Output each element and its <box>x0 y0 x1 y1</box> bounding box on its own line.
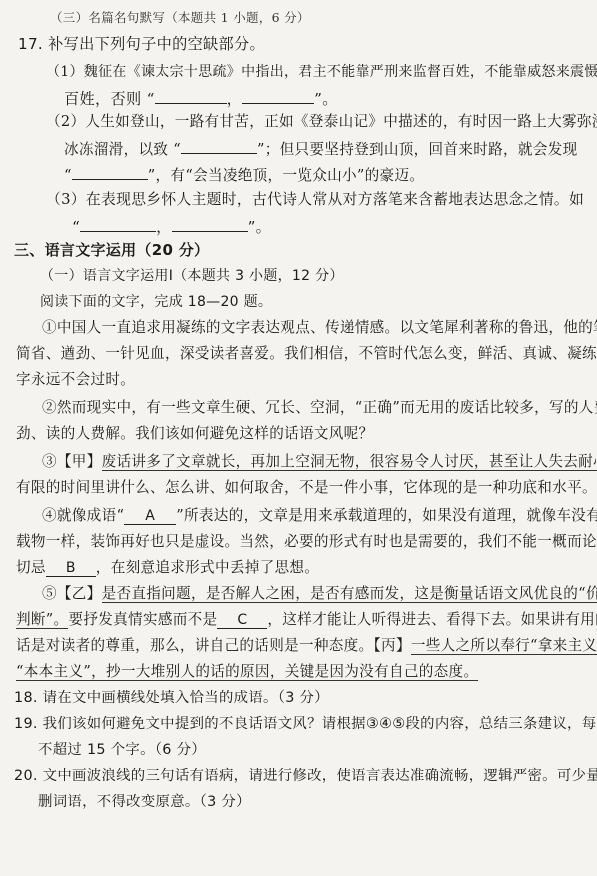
q17-part1-line1: （1）魏征在《谏太宗十思疏》中指出，君主不能靠严刑来监督百姓，不能靠威怒来震慑 <box>46 62 597 82</box>
question-19-line1: 19. 我们该如何避免文中提到的不良话语文风？请根据③④⑤段的内容，总结三条建议… <box>14 714 597 734</box>
passage-1-para3-line1: ③【甲】废话讲多了文章就长，再加上空洞无物，很容易令人讨厌，甚至让人失去耐心。 <box>42 452 597 472</box>
question-19-line2: 不超过 15 个字。（6 分） <box>38 740 206 760</box>
q17-part3-line1: （3）在表现思乡怀人主题时，古代诗人常从对方落笔来含蓄地表达思念之情。如 <box>46 190 584 210</box>
passage-1-para4-line3: 切忌B，在刻意追求形式中丢掉了思想。 <box>16 558 319 578</box>
section-3-title: 三、语言文字运用（20 分） <box>14 240 209 260</box>
underlined-sentence-yi-end: 判断”。 <box>16 611 68 629</box>
passage-1-para2-line2: 劲、读的人费解。我们该如何避免这样的话语文风呢？ <box>16 424 373 444</box>
question-20-line2: 删词语，不得改变原意。（3 分） <box>38 792 251 812</box>
underlined-sentence-jia: 废话讲多了文章就长，再加上空洞无物，很容易令人讨厌，甚至让人失去耐心。 <box>102 453 597 471</box>
passage-1-para3-line2: 有限的时间里讲什么、怎么讲、如何取舍，不是一件小事，它体现的是一种功底和水平。 <box>16 478 597 498</box>
text: 冰冻溜滑，以致 “ <box>64 141 181 158</box>
passage-1-para1-line3: 字永远不会过时。 <box>16 370 135 390</box>
passage-1-para1-line2: 简省、遒劲、一针见血，深受读者喜爱。我们相信，不管时代怎么变，鲜活、真诚、凝练的… <box>16 344 597 364</box>
passage-1-instructions: 阅读下面的文字，完成 18—20 题。 <box>40 292 272 312</box>
marker-bing: 【丙】 <box>373 637 410 654</box>
underlined-sentence-yi: 是否直指问题，是否解人之困，是否有感而发，这是衡量话语文风优良的“价值 <box>102 585 597 603</box>
underlined-sentence-bing: 一些人之所以奉行“拿来主义” <box>411 637 597 655</box>
marker-jia: ③【甲】 <box>42 453 102 470</box>
answer-blank[interactable] <box>172 216 248 232</box>
text: 话是对读者的尊重，那么，讲自己的话则是一种态度。 <box>16 637 373 654</box>
text: ，在刻意追求形式中丢掉了思想。 <box>96 559 319 576</box>
question-20-line1: 20. 文中画波浪线的三句话有语病，请进行修改，使语言表达准确流畅，逻辑严密。可… <box>14 766 597 786</box>
answer-blank[interactable] <box>72 164 148 180</box>
subsection-title-language-1: （一）语言文字运用Ⅰ（本题共 3 小题，12 分） <box>40 266 344 286</box>
answer-blank[interactable] <box>242 88 314 104</box>
blank-a[interactable]: A <box>124 509 176 525</box>
text: 切忌 <box>16 559 46 576</box>
underlined-sentence-bing-end: “本本主义”，抄一大堆别人的话的原因，关键是因为没有自己的态度。 <box>16 663 478 681</box>
text: 百姓，否则 “ <box>64 90 155 108</box>
exam-page: （三）名篇名句默写（本题共 1 小题，6 分） 17. 补写出下列句子中的空缺部… <box>0 0 597 876</box>
passage-1-para2-line1: ②然而现实中，有一些文章生硬、冗长、空洞，“正确”而无用的废话比较多，写的人费 <box>42 398 597 418</box>
question-17-stem: 17. 补写出下列句子中的空缺部分。 <box>18 34 265 54</box>
text: ”。 <box>248 218 272 236</box>
subsection-title-recitation: （三）名篇名句默写（本题共 1 小题，6 分） <box>50 8 310 28</box>
text: ， <box>156 218 172 236</box>
text: ④就像成语“ <box>42 507 124 524</box>
marker-yi: ⑤【乙】 <box>42 585 102 602</box>
question-18: 18. 请在文中画横线处填入恰当的成语。（3 分） <box>14 688 329 708</box>
blank-c[interactable]: C <box>217 613 267 629</box>
q17-part3-line2: “，”。 <box>72 216 271 237</box>
q17-part2-line1: （2）人生如登山，一路有甘苦，正如《登泰山记》中描述的，有时因一路上大雾弥漫、 <box>46 112 597 132</box>
answer-blank[interactable] <box>181 138 257 154</box>
text: ”，有“会当凌绝顶，一览众山小”的豪迈。 <box>148 167 424 184</box>
text: 要抒发真情实感而不是 <box>68 611 217 628</box>
passage-1-para5-line2: 判断”。要抒发真情实感而不是C，这样才能让人听得进去、看得下去。如果讲有用的 <box>16 610 597 630</box>
passage-1-para1-line1: ①中国人一直追求用凝练的文字表达观点、传递情感。以文笔犀利著称的鲁迅，他的笔墨 <box>42 318 597 338</box>
text: ”；但只要坚持登到山顶，回首来时路，就会发现 <box>257 141 578 158</box>
q17-part2-line2: 冰冻溜滑，以致 “”；但只要坚持登到山顶，回首来时路，就会发现 <box>64 138 578 160</box>
text: ， <box>227 90 243 108</box>
text: ，这样才能让人听得进去、看得下去。如果讲有用的 <box>267 611 597 628</box>
text: ”所表达的，文章是用来承载道理的，如果没有道理，就像车没有 <box>176 507 597 524</box>
passage-1-para5-line4: “本本主义”，抄一大堆别人的话的原因，关键是因为没有自己的态度。 <box>16 662 478 682</box>
text: “ <box>64 167 72 184</box>
passage-1-para5-line1: ⑤【乙】是否直指问题，是否解人之困，是否有感而发，这是衡量话语文风优良的“价值 <box>42 584 597 604</box>
text: ”。 <box>314 90 338 108</box>
passage-1-para4-line1: ④就像成语“A”所表达的，文章是用来承载道理的，如果没有道理，就像车没有 <box>42 506 597 526</box>
answer-blank[interactable] <box>155 88 227 104</box>
passage-1-para5-line3: 话是对读者的尊重，那么，讲自己的话则是一种态度。【丙】一些人之所以奉行“拿来主义… <box>16 636 597 656</box>
blank-b[interactable]: B <box>46 561 96 577</box>
text: “ <box>72 218 80 236</box>
q17-part1-line2: 百姓，否则 “，”。 <box>64 88 338 109</box>
q17-part2-line3: “”，有“会当凌绝顶，一览众山小”的豪迈。 <box>64 164 424 186</box>
passage-1-para4-line2: 载物一样，装饰再好也只是虚设。当然，必要的形式有时也是需要的，我们不能一概而论。… <box>16 532 597 552</box>
answer-blank[interactable] <box>80 216 156 232</box>
